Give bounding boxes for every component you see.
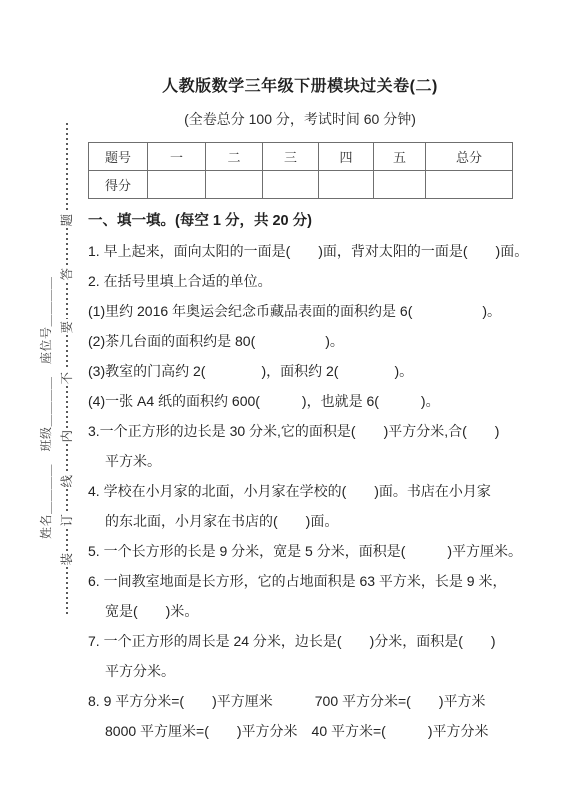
question-line-continuation: 的东北面，小月家在书店的( )面。 [88,506,512,536]
score-table-header-cell: 总分 [426,143,513,171]
section-heading: 一、填一填。(每空 1 分，共 20 分) [88,206,512,236]
question-line: 2. 在括号里填上合适的单位。 [88,266,512,296]
question-line-continuation: 宽是( )米。 [88,596,512,626]
binding-dotted-segment [66,228,68,266]
score-cell-empty [426,171,513,199]
binding-char: 要 [59,321,76,334]
score-cell-empty [148,171,206,199]
binding-char: 线 [59,475,76,488]
question-line: 5. 一个长方形的长是 9 分米，宽是 5 分米，面积是( )平方厘米。 [88,536,512,566]
score-table: 题号 一 二 三 四 五 总分 得分 [88,142,513,199]
question-line: (2)茶几台面的面积约是 80( )。 [88,326,512,356]
binding-char: 订 [59,514,76,527]
question-line-continuation: 8000 平方厘米=( )平方分米 40 平方米=( )平方分米 [88,716,512,746]
question-line: (4)一张 A4 纸的面积约 600( )，也就是 6( )。 [88,386,512,416]
question-line: 6. 一间教室地面是长方形，它的占地面积是 63 平方米，长是 9 米， [88,566,512,596]
binding-char: 装 [59,553,76,566]
student-info-fields: 姓名＿＿＿＿ 班级＿＿＿＿ 座位号＿＿＿＿ [37,287,54,539]
exam-paper-page: 题 答 要 不 内 线 订 装 姓名＿＿＿＿ 班级＿＿＿＿ 座位号＿＿＿＿ 人教… [0,0,565,800]
exam-subtitle: (全卷总分 100 分，考试时间 60 分钟) [88,109,512,129]
score-cell-empty [374,171,426,199]
question-line-continuation: 平方分米。 [88,656,512,686]
binding-char: 答 [59,268,76,281]
binding-dotted-segment [66,489,68,512]
question-line: (3)教室的门高约 2( )，面积约 2( )。 [88,356,512,386]
binding-char: 不 [59,372,76,385]
question-line: 3.一个正方形的边长是 30 分米,它的面积是( )平方分米,合( ) [88,416,512,446]
question-line: 7. 一个正方形的周长是 24 分米，边长是( )分米，面积是( ) [88,626,512,656]
binding-char: 内 [59,430,76,443]
question-line: 1. 早上起来，面向太阳的一面是( )面，背对太阳的一面是( )面。 [88,236,512,266]
score-table-header-row: 题号 一 二 三 四 五 总分 [89,143,513,171]
score-row-label: 得分 [89,171,148,199]
binding-dotted-segment [66,335,68,370]
question-line: 8. 9 平方分米=( )平方厘米 700 平方分米=( )平方米 [88,686,512,716]
questions-section: 一、填一填。(每空 1 分，共 20 分) 1. 早上起来，面向太阳的一面是( … [88,206,512,746]
score-table-header-cell: 五 [374,143,426,171]
binding-dotted-segment [66,444,68,473]
binding-dotted-segment [66,283,68,319]
score-table-header-cell: 四 [319,143,374,171]
binding-dotted-segment [66,386,68,427]
score-table-score-row: 得分 [89,171,513,199]
binding-line: 题 答 要 不 内 线 订 装 [57,123,77,617]
binding-dotted-segment [66,529,68,551]
score-cell-empty [263,171,319,199]
exam-content: 人教版数学三年级下册模块过关卷(二) (全卷总分 100 分，考试时间 60 分… [88,0,512,746]
question-line: 4. 学校在小月家的北面，小月家在学校的( )面。书店在小月家 [88,476,512,506]
score-table-header-cell: 题号 [89,143,148,171]
score-table-header-cell: 二 [206,143,263,171]
score-cell-empty [206,171,263,199]
binding-dotted-segment [66,123,68,212]
question-line-continuation: 平方米。 [88,446,512,476]
question-line: (1)里约 2016 年奥运会纪念币藏品表面的面积约是 6( )。 [88,296,512,326]
exam-title: 人教版数学三年级下册模块过关卷(二) [88,73,512,96]
binding-dotted-segment [66,567,68,617]
score-table-header-cell: 三 [263,143,319,171]
score-cell-empty [319,171,374,199]
binding-char: 题 [59,214,76,227]
score-table-header-cell: 一 [148,143,206,171]
